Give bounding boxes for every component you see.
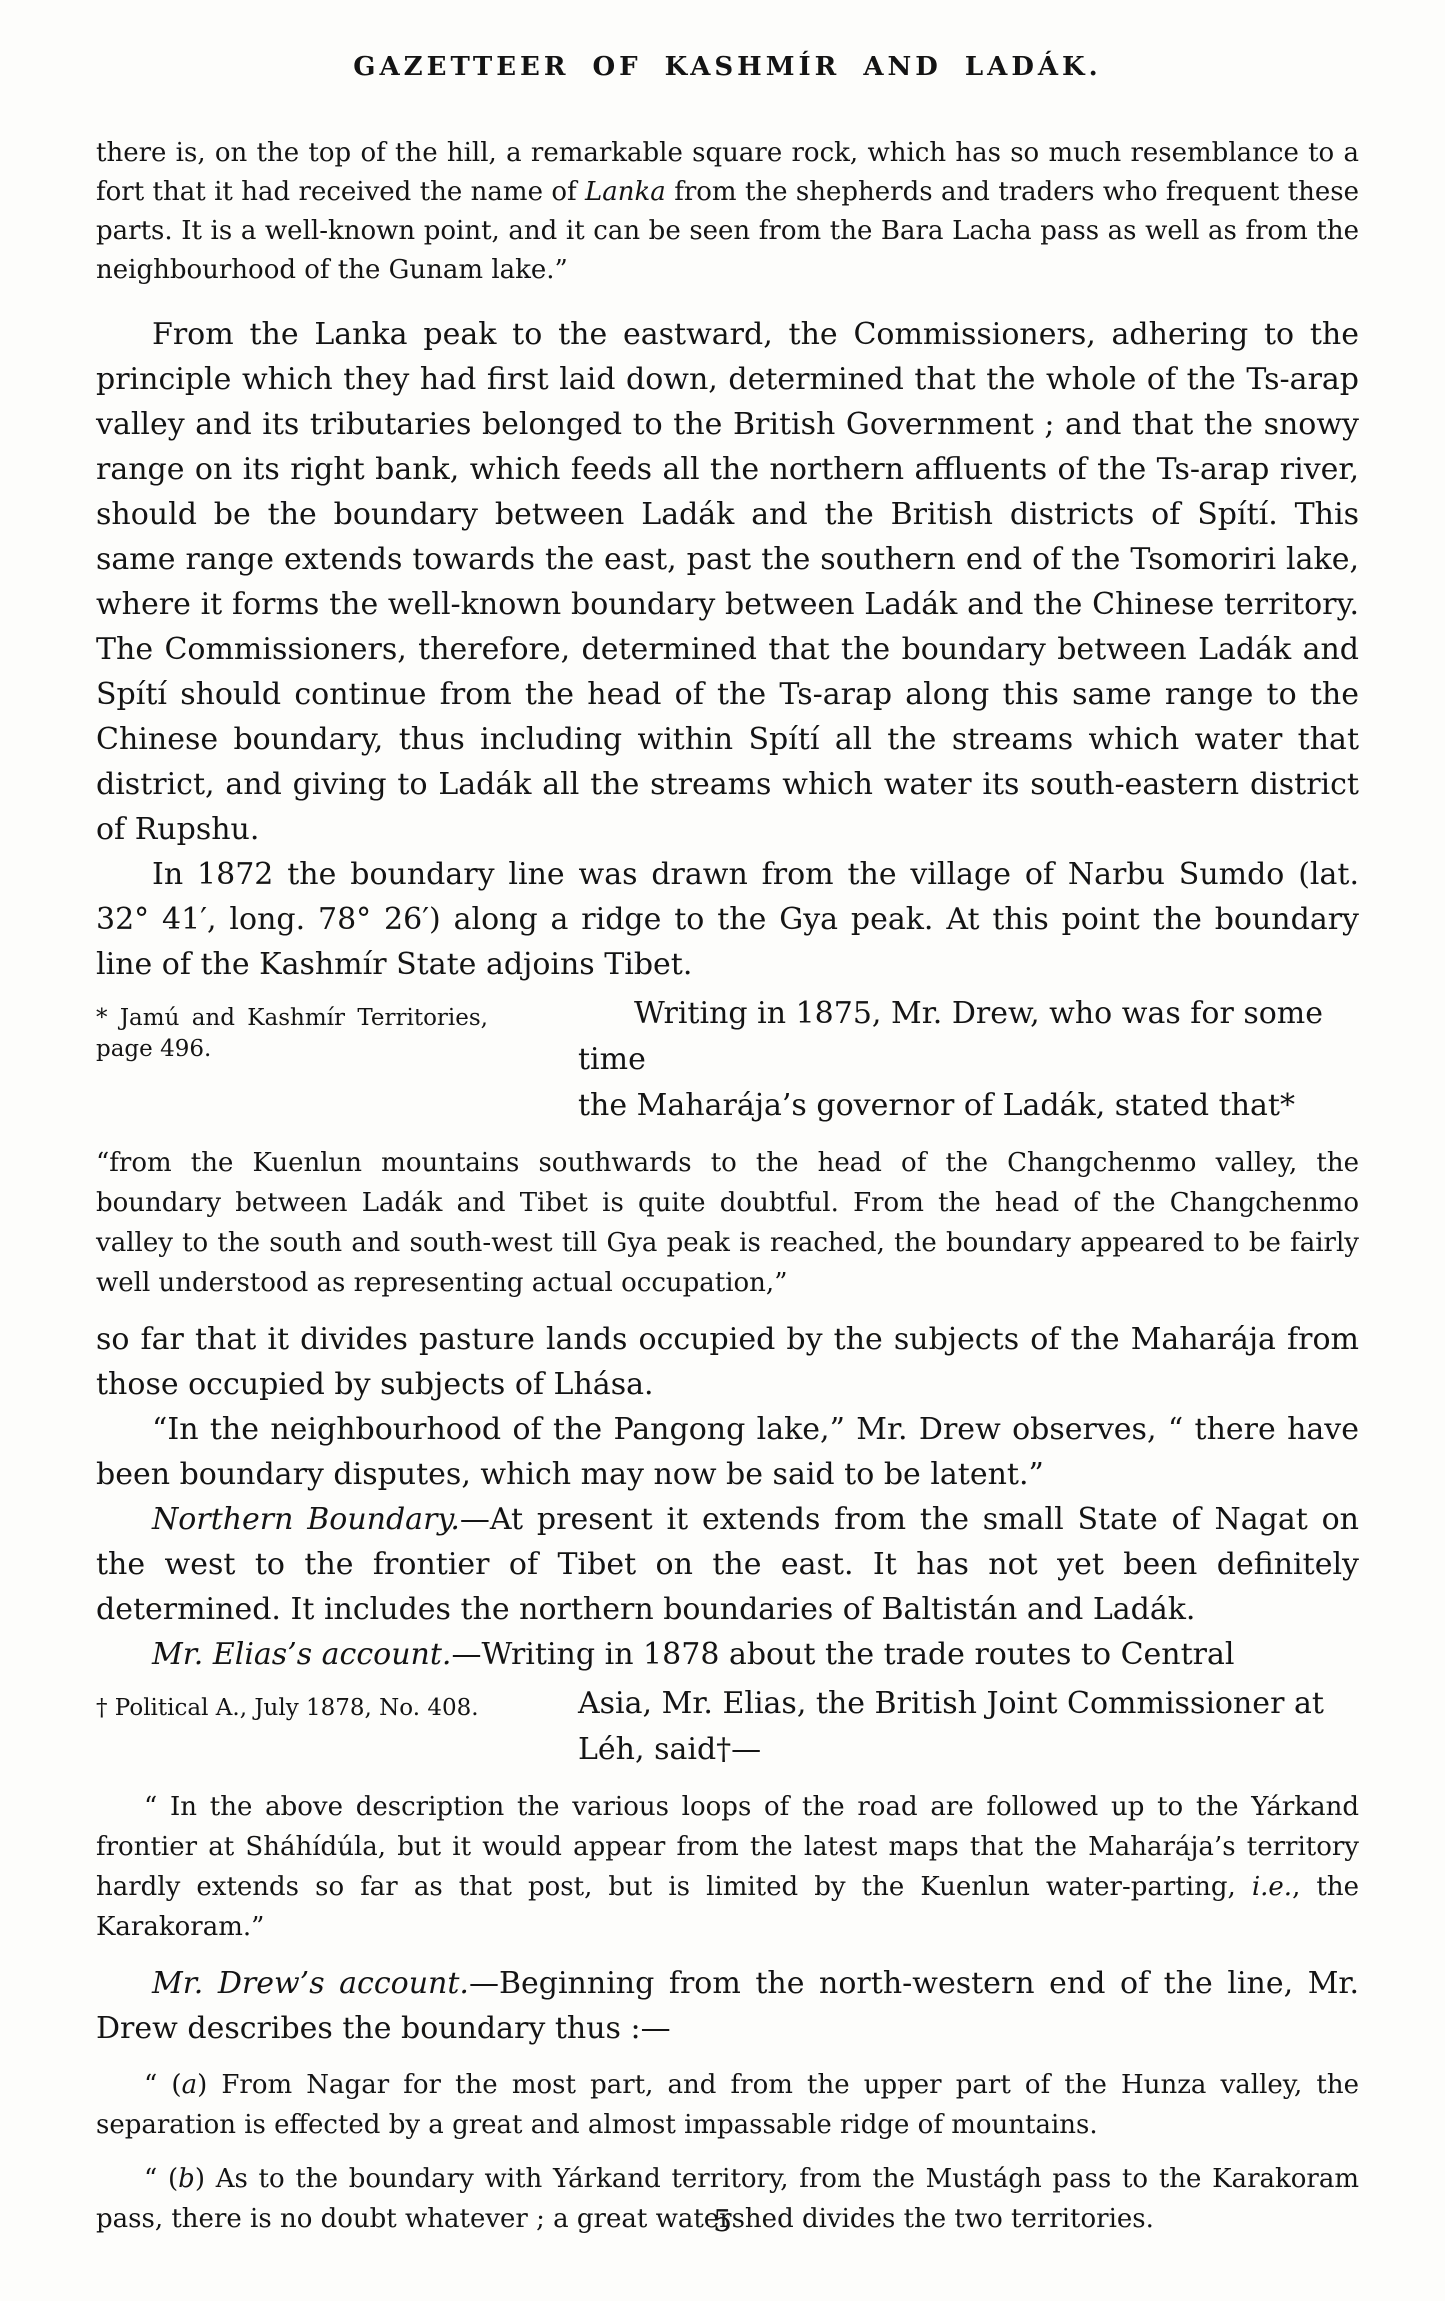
item-a-pre: “ ( [144,2070,182,2100]
sidenote-political-a: † Political A., July 1878, No. 408. [96,1681,488,1724]
item-a-letter: a [182,2070,198,2100]
text-block: GAZETTEER OF KASHMÍR AND LADÁK. there is… [0,0,1445,2239]
elias-continuation-line2: Léh, said†— [578,1727,1359,1773]
paragraph-writing-1875: Writing in 1875, Mr. Drew, who was for s… [488,991,1359,1129]
writing-1875-line1: Writing in 1875, Mr. Drew, who was for s… [578,991,1359,1083]
sidenote-row-drew: * Jamú and Kashmír Territories, page 496… [96,991,1359,1129]
elias-account-heading: Mr. Elias’s account. [152,1637,451,1672]
page-number: 5 [0,2204,1445,2239]
paragraph-so-far: so far that it divides pasture lands occ… [96,1317,1359,1407]
sidenote-jamu-kashmir: * Jamú and Kashmír Territories, page 496… [96,991,488,1065]
item-b-letter: b [178,2164,195,2194]
elias-continuation-line1: Asia, Mr. Elias, the British Joint Commi… [578,1681,1359,1727]
paragraph-drew-account: Mr. Drew’s account.—Beginning from the n… [96,1961,1359,2051]
paragraph-northern-boundary: Northern Boundary.—At present it extends… [96,1497,1359,1632]
drew-account-heading: Mr. Drew’s account. [152,1966,469,2001]
scanned-book-page: GAZETTEER OF KASHMÍR AND LADÁK. there is… [0,0,1445,2301]
yarkand-quote-pre: “ In the above description the various l… [96,1792,1359,1902]
paragraph-elias-continuation: Asia, Mr. Elias, the British Joint Commi… [488,1681,1359,1773]
paragraph-elias-account: Mr. Elias’s account.—Writing in 1878 abo… [96,1632,1359,1677]
paragraph-opening-quote: there is, on the top of the hill, a rema… [96,134,1359,290]
paragraph-1872-boundary: In 1872 the boundary line was drawn from… [96,852,1359,987]
item-a-text: ) From Nagar for the most part, and from… [96,2070,1359,2140]
blockquote-yarkand: “ In the above description the various l… [96,1787,1359,1947]
opening-quote-lanka: Lanka [585,177,666,207]
item-b-pre: “ ( [144,2164,178,2194]
elias-account-text: —Writing in 1878 about the trade routes … [451,1637,1234,1672]
blockquote-item-a: “ (a) From Nagar for the most part, and … [96,2065,1359,2145]
yarkand-quote-ie: i.e. [1252,1872,1292,1902]
blockquote-kuenlun: “from the Kuenlun mountains southwards t… [96,1143,1359,1303]
sidenote-row-elias: † Political A., July 1878, No. 408. Asia… [96,1681,1359,1773]
running-header: GAZETTEER OF KASHMÍR AND LADÁK. [96,52,1359,82]
writing-1875-line2: the Maharája’s governor of Ladák, stated… [578,1083,1359,1129]
paragraph-commissioners: From the Lanka peak to the eastward, the… [96,312,1359,852]
northern-boundary-heading: Northern Boundary. [152,1502,460,1537]
paragraph-pangong: “In the neighbourhood of the Pangong lak… [96,1407,1359,1497]
